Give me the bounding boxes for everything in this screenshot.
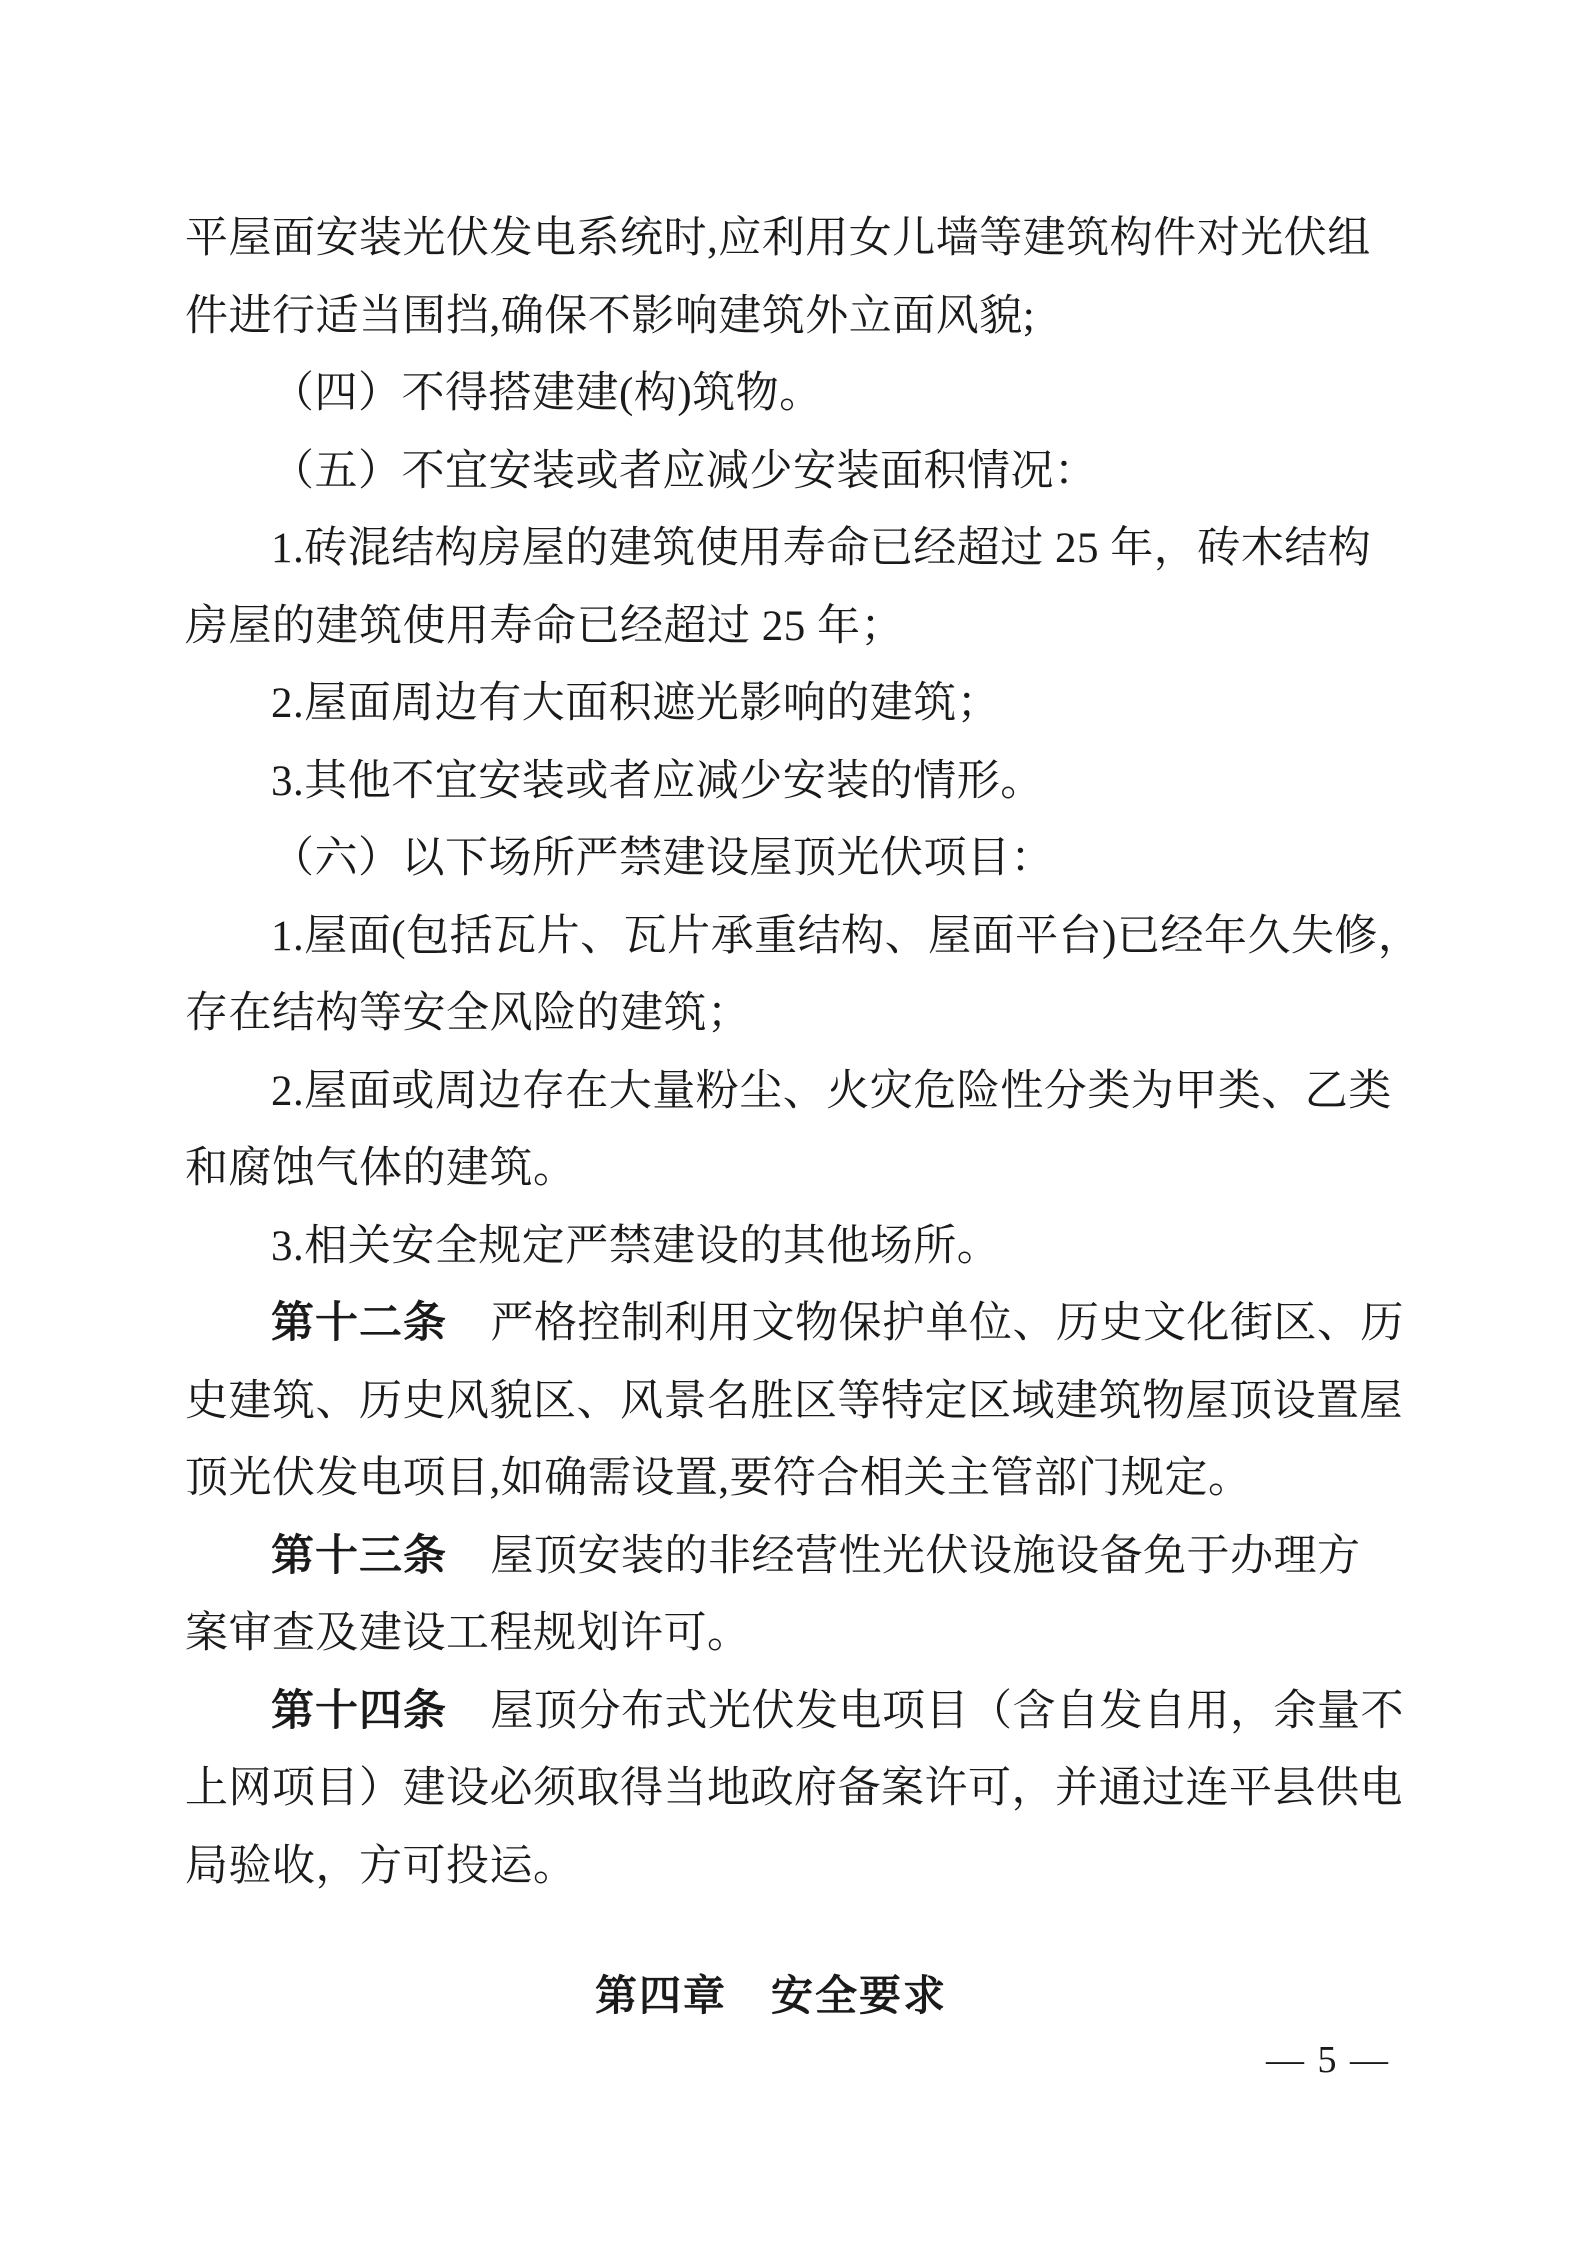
body-line: 2.屋面或周边存在大量粉尘、火灾危险性分类为甲类、乙类 — [185, 1053, 1417, 1131]
line-text: 1.屋面(包括瓦片、瓦片承重结构、屋面平台)已经年久失修， — [271, 913, 1421, 960]
line-text: 屋顶安装的非经营性光伏设施设备免于办理方 — [447, 1533, 1361, 1580]
body-line: 第十四条 屋顶分布式光伏发电项目（含自发自用，余量不 — [185, 1673, 1417, 1751]
line-text: 件进行适当围挡,确保不影响建筑外立面风貌; — [185, 293, 1035, 340]
line-text: 3.其他不宜安装或者应减少安装的情形。 — [271, 758, 1044, 805]
body-line: 存在结构等安全风险的建筑； — [185, 975, 1417, 1053]
line-text: 房屋的建筑使用寿命已经超过 25 年； — [185, 603, 904, 650]
line-text: 局验收，方可投运。 — [185, 1843, 577, 1890]
body-line: 局验收，方可投运。 — [185, 1828, 1417, 1906]
line-text: 3.相关安全规定严禁建设的其他场所。 — [271, 1223, 1000, 1270]
article-number-label: 第十二条 — [271, 1299, 447, 1347]
article-number-label: 第十四条 — [271, 1687, 447, 1735]
body-line: 第十三条 屋顶安装的非经营性光伏设施设备免于办理方 — [185, 1518, 1417, 1596]
document-page: 平屋面安装光伏发电系统时,应利用女儿墙等建筑构件对光伏组 件进行适当围挡,确保不… — [0, 0, 1587, 2245]
line-text: （六）以下场所严禁建设屋顶光伏项目： — [271, 835, 1054, 882]
line-text: 史建筑、历史风貌区、风景名胜区等特定区域建筑物屋顶设置屋 — [185, 1378, 1403, 1425]
chapter-heading: 第四章 安全要求 — [185, 1957, 1417, 2034]
body-line: 1.屋面(包括瓦片、瓦片承重结构、屋面平台)已经年久失修， — [185, 898, 1417, 976]
line-text: （五）不宜安装或者应减少安装面积情况： — [271, 448, 1098, 495]
body-line: 3.其他不宜安装或者应减少安装的情形。 — [185, 743, 1417, 821]
body-line: （六）以下场所严禁建设屋顶光伏项目： — [185, 820, 1417, 898]
line-text: （四）不得搭建建(构)筑物。 — [271, 370, 823, 417]
line-text: 2.屋面周边有大面积遮光影响的建筑； — [271, 680, 1000, 727]
body-line: 上网项目）建设必须取得当地政府备案许可，并通过连平县供电 — [185, 1750, 1417, 1828]
line-text: 平屋面安装光伏发电系统时,应利用女儿墙等建筑构件对光伏组 — [185, 215, 1371, 262]
line-text: 上网项目）建设必须取得当地政府备案许可，并通过连平县供电 — [185, 1765, 1403, 1812]
article-number-label: 第十三条 — [271, 1532, 447, 1580]
body-line: 3.相关安全规定严禁建设的其他场所。 — [185, 1208, 1417, 1286]
body-line: 件进行适当围挡,确保不影响建筑外立面风貌; — [185, 278, 1417, 356]
body-line: 顶光伏发电项目,如确需设置,要符合相关主管部门规定。 — [185, 1440, 1417, 1518]
body-line: 和腐蚀气体的建筑。 — [185, 1130, 1417, 1208]
body-line: 史建筑、历史风貌区、风景名胜区等特定区域建筑物屋顶设置屋 — [185, 1363, 1417, 1441]
body-line: 房屋的建筑使用寿命已经超过 25 年； — [185, 588, 1417, 666]
line-text: 1.砖混结构房屋的建筑使用寿命已经超过 25 年，砖木结构 — [271, 525, 1371, 572]
document-body: 平屋面安装光伏发电系统时,应利用女儿墙等建筑构件对光伏组 件进行适当围挡,确保不… — [185, 200, 1417, 2034]
line-text: 和腐蚀气体的建筑。 — [185, 1145, 577, 1192]
line-text: 严格控制利用文物保护单位、历史文化街区、历 — [447, 1300, 1404, 1347]
body-line: 平屋面安装光伏发电系统时,应利用女儿墙等建筑构件对光伏组 — [185, 200, 1417, 278]
body-line: 第十二条 严格控制利用文物保护单位、历史文化街区、历 — [185, 1285, 1417, 1363]
line-text: 屋顶分布式光伏发电项目（含自发自用，余量不 — [447, 1688, 1404, 1735]
body-line: （五）不宜安装或者应减少安装面积情况： — [185, 433, 1417, 511]
line-text: 存在结构等安全风险的建筑； — [185, 990, 751, 1037]
body-line: 2.屋面周边有大面积遮光影响的建筑； — [185, 665, 1417, 743]
body-line: 案审查及建设工程规划许可。 — [185, 1595, 1417, 1673]
line-text: 顶光伏发电项目,如确需设置,要符合相关主管部门规定。 — [185, 1455, 1252, 1502]
line-text: 案审查及建设工程规划许可。 — [185, 1610, 751, 1657]
body-line: 1.砖混结构房屋的建筑使用寿命已经超过 25 年，砖木结构 — [185, 510, 1417, 588]
page-number: — 5 — — [1266, 2038, 1390, 2082]
line-text: 2.屋面或周边存在大量粉尘、火灾危险性分类为甲类、乙类 — [271, 1068, 1392, 1115]
body-line: （四）不得搭建建(构)筑物。 — [185, 355, 1417, 433]
